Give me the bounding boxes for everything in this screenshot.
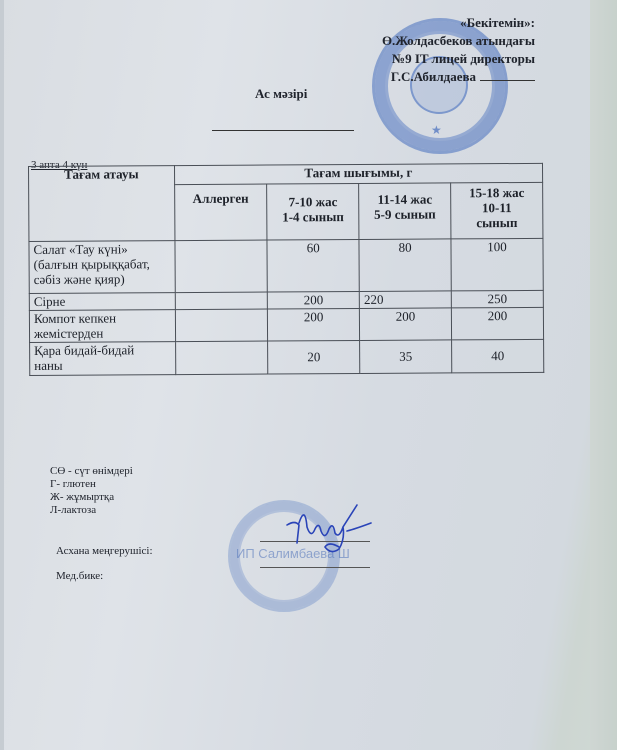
legend-item: СӨ - сүт өнімдері (50, 465, 133, 478)
header-allergen: Аллерген (174, 184, 267, 241)
allergen-cell (175, 292, 268, 310)
menu-table: Тағам атауы Тағам шығымы, г Аллерген 7-1… (28, 163, 544, 376)
nurse-label: Мед.бике: (56, 570, 103, 582)
value-cell: 20 (268, 340, 360, 374)
legend-item: Ж- жұмыртқа (50, 491, 133, 504)
approval-line: «Бекітемін»: (355, 14, 535, 32)
handwritten-signature-icon (285, 495, 375, 565)
title-underline (212, 130, 354, 131)
canteen-manager-label: Асхана меңгерушісі: (56, 545, 153, 557)
value-cell: 60 (267, 239, 359, 292)
value-cell: 100 (451, 238, 543, 291)
document-title: Ас мәзірі (255, 86, 307, 102)
table-row: Салат «Тау күні»(балғын қырыққабат,сәбіз… (29, 238, 543, 293)
table-row: Қара бидай-бидайнаны 20 35 40 (30, 339, 544, 375)
allergen-cell (175, 240, 268, 293)
value-cell: 40 (452, 339, 544, 373)
header-dish-name: Тағам атауы (29, 166, 175, 242)
table-row: Компот кепкенжемістерден 200 200 200 (29, 307, 543, 342)
value-cell: 35 (360, 340, 452, 374)
star-icon: ★ (431, 123, 442, 138)
allergen-cell (175, 341, 268, 375)
approval-line: Ө.Жолдасбеков атындағы (355, 32, 535, 50)
value-cell: 200 (451, 307, 543, 340)
dish-name: Сірне (29, 293, 175, 311)
value-cell: 220 (359, 291, 451, 309)
director-name: Г.С.Абилдаева (391, 69, 476, 84)
value-cell: 250 (451, 290, 543, 308)
value-cell: 200 (360, 308, 452, 341)
dish-name: Компот кепкенжемістерден (29, 310, 175, 343)
allergen-cell (175, 309, 268, 342)
paper-right-edge (590, 0, 617, 750)
nurse-signature-line (260, 567, 370, 568)
approval-line: №9 IT лицей директоры (355, 50, 535, 68)
value-cell: 80 (359, 239, 451, 292)
value-cell: 200 (268, 308, 360, 341)
dish-name: Салат «Тау күні»(балғын қырыққабат,сәбіз… (29, 241, 175, 294)
director-signature-line (480, 80, 535, 81)
header-age-group: 11-14 жас5-9 сынып (359, 183, 451, 240)
value-cell: 200 (268, 291, 360, 309)
allergen-legend: СӨ - сүт өнімдері Г- глютен Ж- жұмыртқа … (50, 465, 133, 517)
legend-item: Г- глютен (50, 478, 133, 491)
header-age-group: 15-18 жас10-11сынып (451, 182, 543, 239)
dish-name: Қара бидай-бидайнаны (30, 342, 176, 376)
header-yield-group: Тағам шығымы, г (174, 163, 542, 184)
paper-left-edge (0, 0, 4, 750)
legend-item: Л-лактоза (50, 504, 133, 517)
approval-block: «Бекітемін»: Ө.Жолдасбеков атындағы №9 I… (355, 14, 535, 86)
header-age-group: 7-10 жас1-4 сынып (267, 183, 359, 240)
